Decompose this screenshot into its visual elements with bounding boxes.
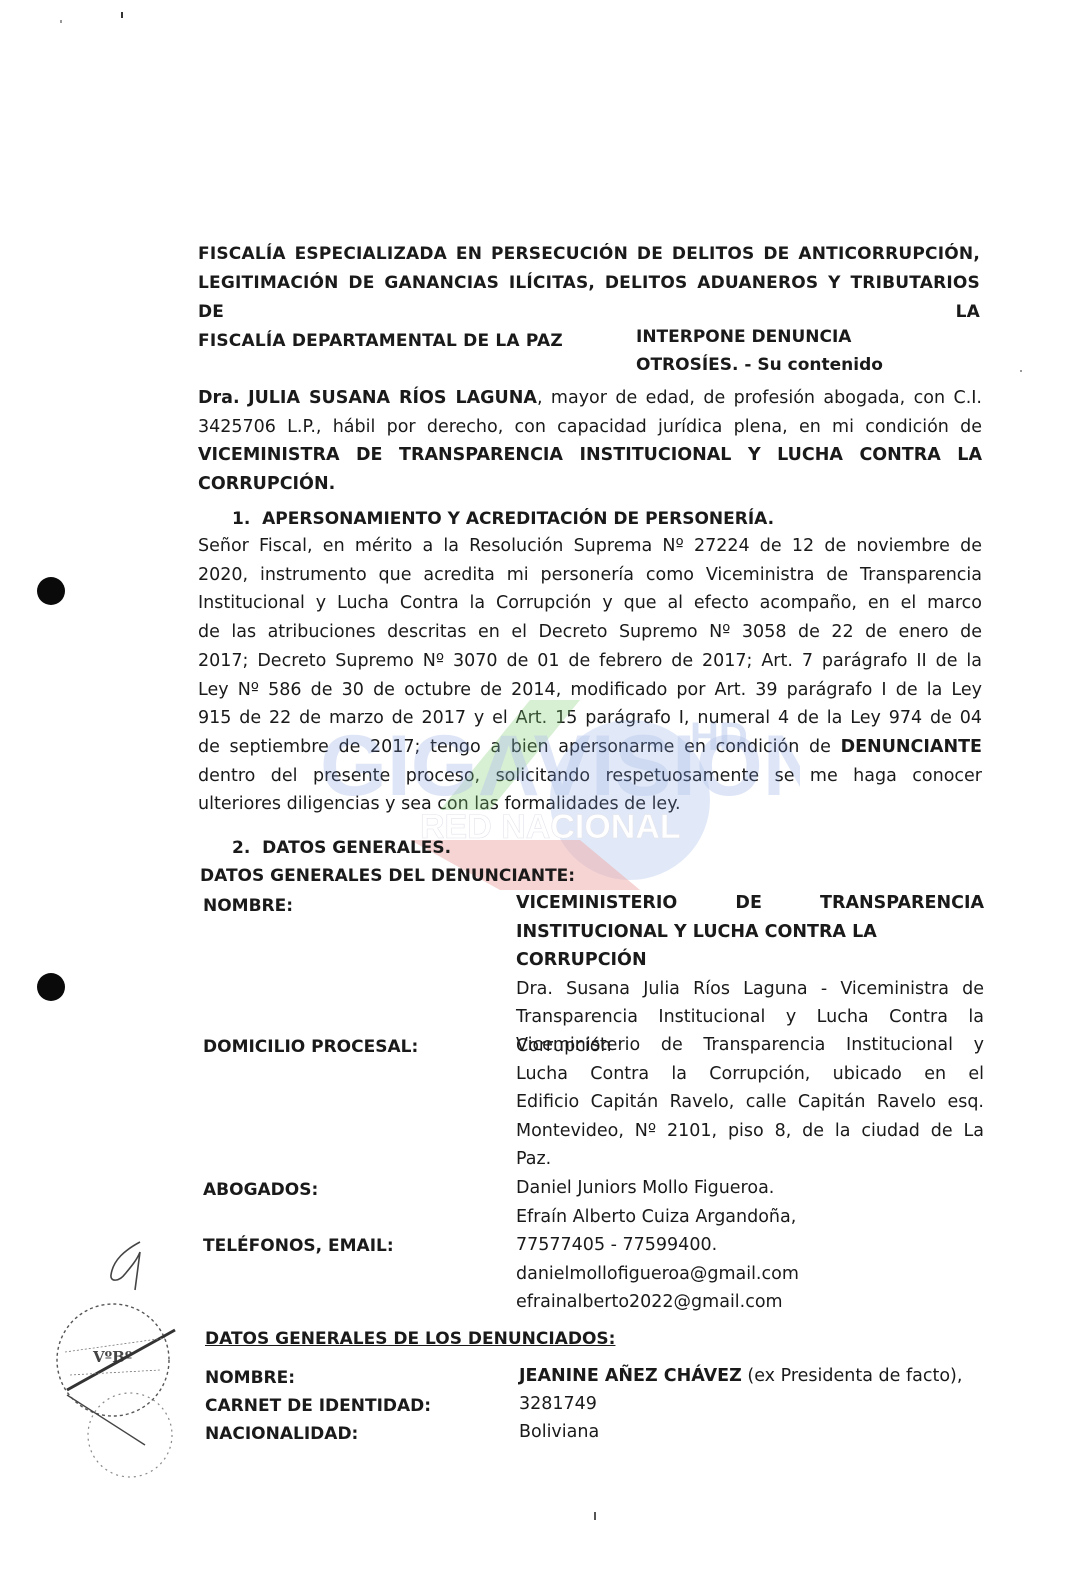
label-nacionalidad: NACIONALIDAD: xyxy=(205,1424,358,1444)
official-stamp-icon: VºBº xyxy=(45,1230,195,1490)
value-denunciado-nombre: JEANINE AÑEZ CHÁVEZ (ex Presidenta de fa… xyxy=(519,1362,987,1391)
section-number: 1. xyxy=(232,509,250,529)
section-number: 2. xyxy=(232,838,250,858)
value-contacto: 77577405 - 77599400. danielmollofigueroa… xyxy=(516,1231,984,1317)
page-mark xyxy=(594,1512,596,1520)
institution-name: VICEMINISTERIO DE TRANSPARENCIA xyxy=(516,889,984,918)
complainant-office: CORRUPCIÓN. xyxy=(198,470,982,499)
institution-name: INSTITUCIONAL Y LUCHA CONTRA LA CORRUPCI… xyxy=(516,918,984,975)
title-prefix: Dra. xyxy=(198,388,240,408)
role-denunciante: DENUNCIANTE xyxy=(841,737,982,757)
body-line: dentro del presente proceso, solicitando… xyxy=(198,762,982,791)
intro-text: 3425706 L.P., hábil por derecho, con cap… xyxy=(198,413,982,442)
scan-speck xyxy=(1020,370,1022,372)
heading-line: LEGITIMACIÓN DE GANANCIAS ILÍCITAS, DELI… xyxy=(198,269,980,327)
lawyer-name: Daniel Juniors Mollo Figueroa. xyxy=(516,1174,984,1203)
denunciante-heading: DATOS GENERALES DEL DENUNCIANTE: xyxy=(200,866,575,886)
punch-hole-icon xyxy=(37,973,65,1001)
complainant-name: JULIA SUSANA RÍOS LAGUNA xyxy=(248,388,537,408)
email-address: efrainalberto2022@gmail.com xyxy=(516,1288,984,1317)
section-title: DATOS GENERALES. xyxy=(262,838,451,858)
phone-numbers: 77577405 - 77599400. xyxy=(516,1231,984,1260)
representative: Transparencia Institucional y Lucha Cont… xyxy=(516,1003,984,1032)
representative: Dra. Susana Julia Ríos Laguna - Vicemini… xyxy=(516,975,984,1004)
body-text: de septiembre de 2017; tengo a bien aper… xyxy=(198,737,831,757)
value-ci: 3281749 xyxy=(519,1390,987,1419)
scan-speck xyxy=(60,20,62,23)
section-1-paragraph: Señor Fiscal, en mérito a la Resolución … xyxy=(198,532,982,819)
label-ci: CARNET DE IDENTIDAD: xyxy=(205,1396,431,1416)
body-line: Ley Nº 586 de 30 de octubre de 2014, mod… xyxy=(198,676,982,705)
document-otrosies: OTROSÍES. - Su contenido xyxy=(636,355,883,375)
address-line: Viceministerio de Transparencia Instituc… xyxy=(516,1031,984,1060)
label-denunciado-nombre: NOMBRE: xyxy=(205,1368,295,1388)
body-line: de septiembre de 2017; tengo a bien aper… xyxy=(198,733,982,762)
value-nacionalidad: Boliviana xyxy=(519,1418,987,1447)
body-line: 2020, instrumento que acredita mi person… xyxy=(198,561,982,590)
punch-hole-icon xyxy=(37,577,65,605)
address-line: Lucha Contra la Corrupción, ubicado en e… xyxy=(516,1060,984,1089)
section-1-title: 1. APERSONAMIENTO Y ACREDITACIÓN DE PERS… xyxy=(232,509,774,529)
email-address: danielmollofigueroa@gmail.com xyxy=(516,1260,984,1289)
document-page: FISCALÍA ESPECIALIZADA EN PERSECUCIÓN DE… xyxy=(0,0,1080,1580)
complainant-office: VICEMINISTRA DE TRANSPARENCIA INSTITUCIO… xyxy=(198,441,982,470)
heading-line: FISCALÍA DEPARTAMENTAL DE LA PAZ xyxy=(198,327,980,356)
intro-text: , mayor de edad, de profesión abogada, c… xyxy=(537,388,982,408)
body-line: 915 de 22 de marzo de 2017 y el Art. 15 … xyxy=(198,704,982,733)
body-line: 2017; Decreto Supremo Nº 3070 de 01 de f… xyxy=(198,647,982,676)
denunciados-heading: DATOS GENERALES DE LOS DENUNCIADOS: xyxy=(205,1329,615,1349)
body-line: Institucional y Lucha Contra la Corrupci… xyxy=(198,589,982,618)
value-domicilio: Viceministerio de Transparencia Instituc… xyxy=(516,1031,984,1174)
intro-paragraph: Dra. JULIA SUSANA RÍOS LAGUNA, mayor de … xyxy=(198,384,982,499)
heading-line: FISCALÍA ESPECIALIZADA EN PERSECUCIÓN DE… xyxy=(198,240,980,269)
addressee-heading: FISCALÍA ESPECIALIZADA EN PERSECUCIÓN DE… xyxy=(198,240,980,356)
section-2-title: 2. DATOS GENERALES. xyxy=(232,838,451,858)
lawyer-name: Efraín Alberto Cuiza Argandoña, xyxy=(516,1203,984,1232)
document-subtitle: INTERPONE DENUNCIA xyxy=(636,327,851,347)
label-nombre: NOMBRE: xyxy=(203,896,293,916)
body-line: de las atribuciones descritas en el Decr… xyxy=(198,618,982,647)
label-contacto: TELÉFONOS, EMAIL: xyxy=(203,1236,394,1256)
body-line: ulteriores diligencias y sea con las for… xyxy=(198,790,982,819)
accused-note: (ex Presidenta de facto), xyxy=(742,1366,963,1386)
body-line: Señor Fiscal, en mérito a la Resolución … xyxy=(198,532,982,561)
accused-name: JEANINE AÑEZ CHÁVEZ xyxy=(519,1366,742,1386)
address-line: Paz. xyxy=(516,1145,984,1174)
label-abogados: ABOGADOS: xyxy=(203,1180,318,1200)
address-line: Edificio Capitán Ravelo, calle Capitán R… xyxy=(516,1088,984,1117)
scan-speck xyxy=(121,12,123,18)
address-line: Montevideo, Nº 2101, piso 8, de la ciuda… xyxy=(516,1117,984,1146)
value-abogados: Daniel Juniors Mollo Figueroa. Efraín Al… xyxy=(516,1174,984,1231)
section-title: APERSONAMIENTO Y ACREDITACIÓN DE PERSONE… xyxy=(262,509,774,529)
label-domicilio: DOMICILIO PROCESAL: xyxy=(203,1037,418,1057)
